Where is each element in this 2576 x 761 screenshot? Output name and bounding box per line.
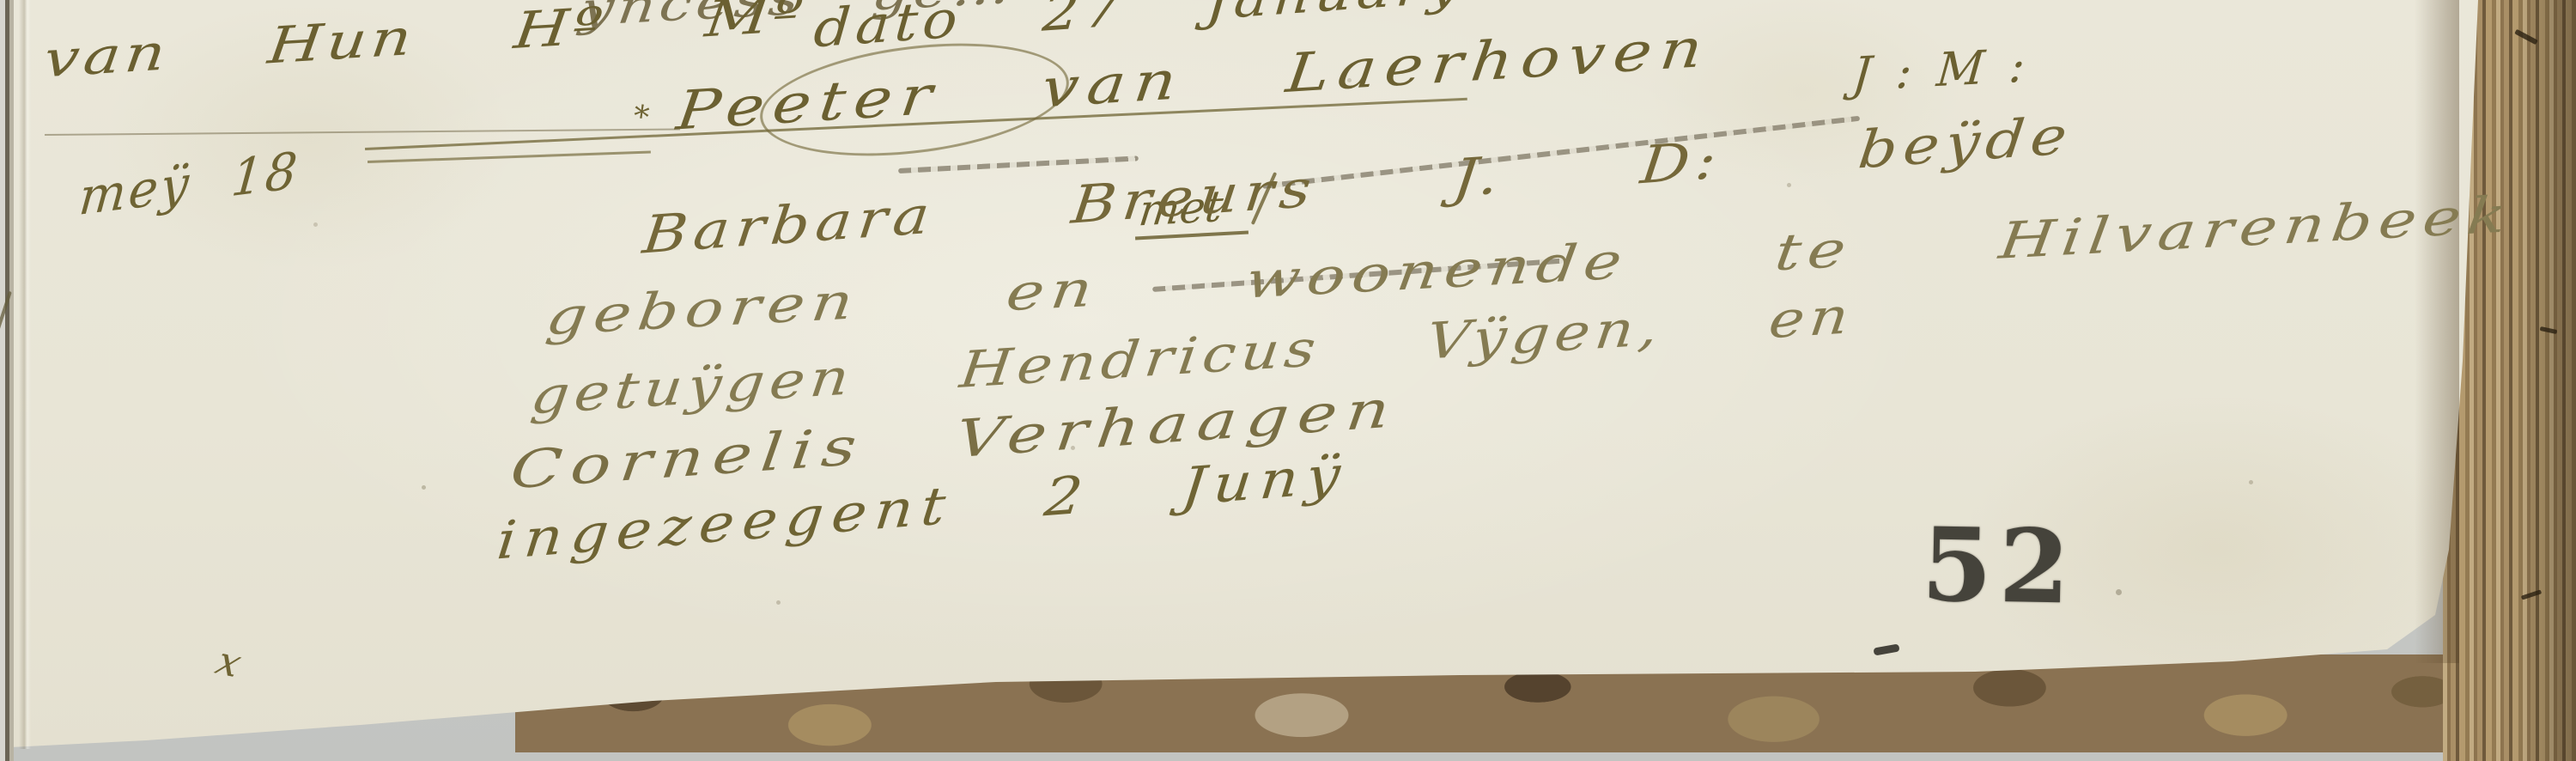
left-page-edge: [0, 0, 14, 761]
scanned-marriage-register-photo: ÿncess ge… van Hun Hº Mº dato 27 Januarÿ…: [0, 0, 2576, 761]
handwritten-groom-status: J : M :: [1850, 42, 2032, 98]
vertical-page-crease: [19, 0, 31, 749]
paper-dust-specks: [0, 0, 3, 3]
right-edge-shadow: [2415, 0, 2459, 663]
page-number-stamp: 52: [1921, 514, 2077, 618]
register-page-paper: [0, 0, 2576, 761]
